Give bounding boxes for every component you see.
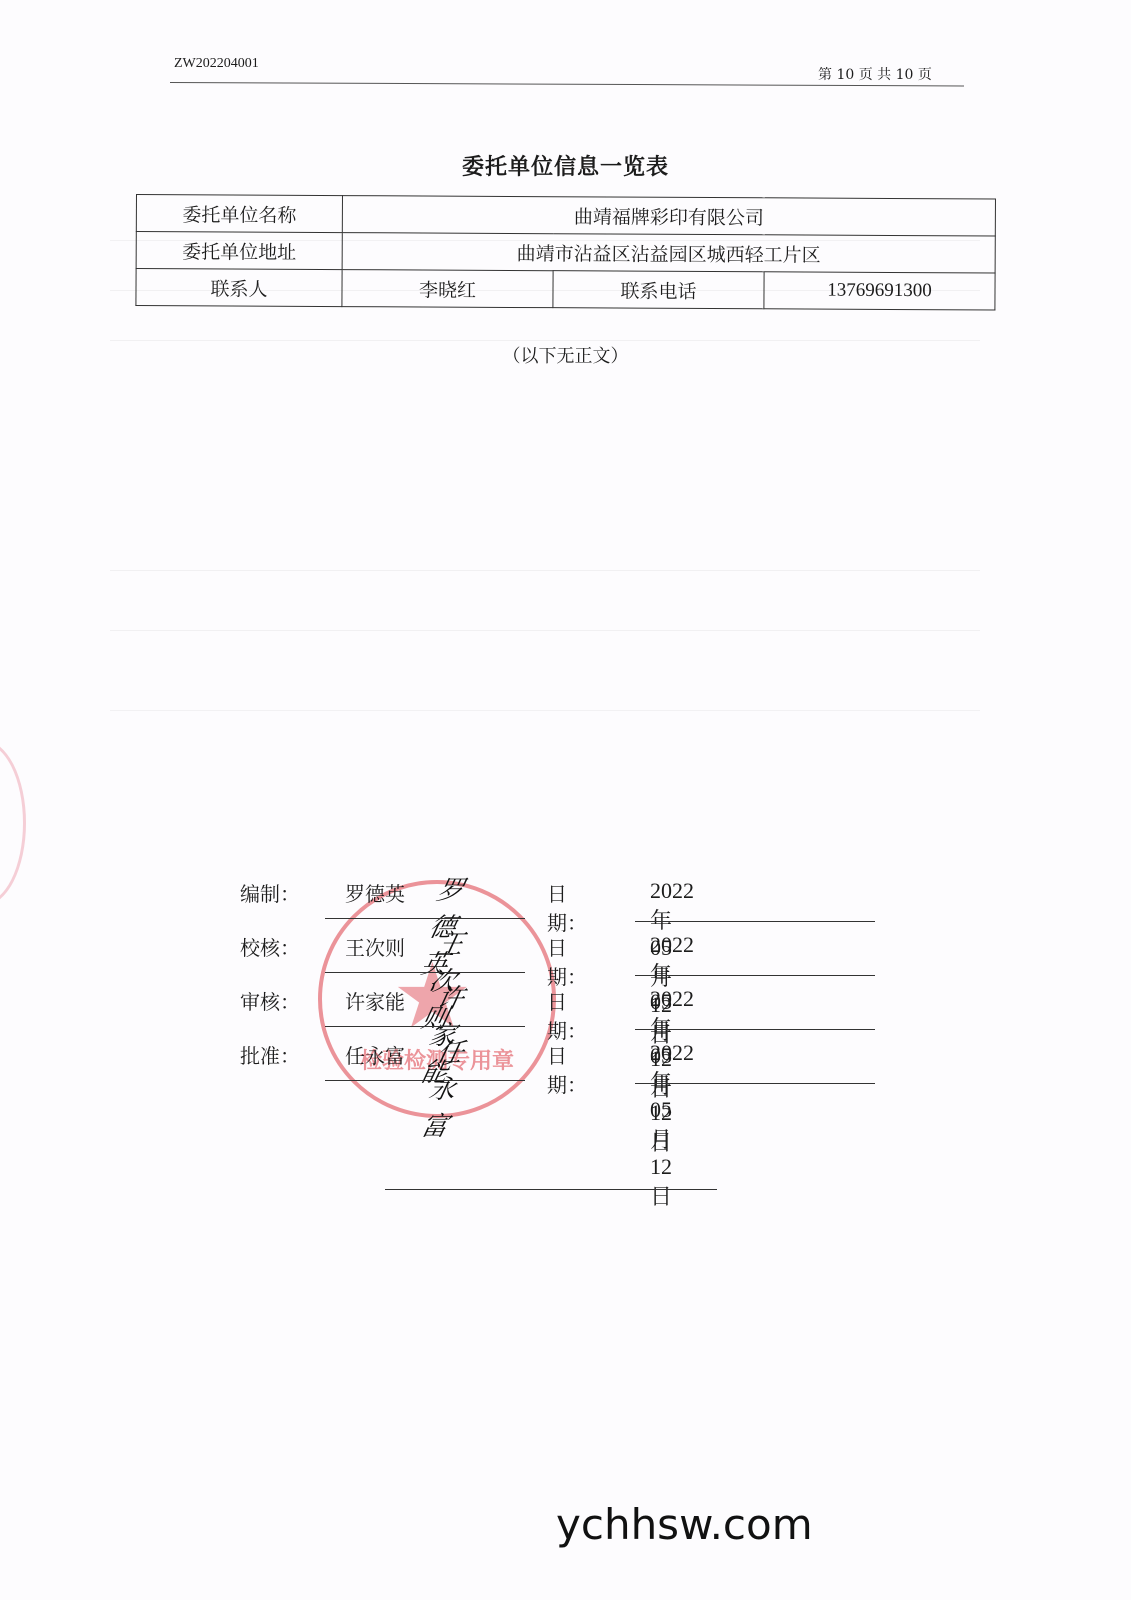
table-row: 委托单位名称 曲靖福牌彩印有限公司 [136, 195, 995, 236]
name-underline [325, 1026, 525, 1027]
date-underline [635, 921, 875, 922]
name-underline [325, 972, 525, 973]
name-underline [325, 1080, 525, 1081]
table-row: 委托单位地址 曲靖市沾益区沾益园区城西轻工片区 [136, 232, 995, 273]
end-of-content-note: （以下无正文） [0, 342, 1131, 368]
client-name-value: 曲靖福牌彩印有限公司 [342, 196, 995, 236]
watermark-text: ychhsw.com [556, 1500, 813, 1549]
report-number: ZW202204001 [174, 56, 259, 72]
date-label: 日期： [547, 1040, 587, 1098]
page-title: 委托单位信息一览表 [0, 150, 1131, 181]
role-label: 批准： [240, 1040, 320, 1069]
role-label: 编制： [240, 878, 320, 907]
contact-label: 联系人 [136, 269, 342, 307]
table-row: 联系人 李晓红 联系电话 13769691300 [136, 269, 995, 310]
client-name-label: 委托单位名称 [136, 195, 342, 233]
client-address-label: 委托单位地址 [136, 232, 342, 270]
date-value: 2022 年 05 月 12 日 [650, 1040, 694, 1211]
date-label: 日期： [547, 878, 587, 936]
date-label: 日期： [547, 986, 587, 1044]
date-underline [635, 1029, 875, 1030]
bleed-through-background [110, 230, 980, 790]
role-label: 校核： [240, 932, 320, 961]
name-underline [325, 918, 525, 919]
date-underline [635, 1083, 875, 1084]
date-label: 日期： [547, 932, 587, 990]
page-indicator: 第 10 页 共 10 页 [818, 64, 932, 84]
phone-value: 13769691300 [764, 272, 995, 310]
phone-label: 联系电话 [553, 271, 764, 309]
role-label: 审核： [240, 986, 320, 1015]
contact-value: 李晓红 [342, 270, 553, 308]
date-underline [635, 975, 875, 976]
client-address-value: 曲靖市沾益区沾益园区城西轻工片区 [342, 233, 995, 273]
client-info-table: 委托单位名称 曲靖福牌彩印有限公司 委托单位地址 曲靖市沾益区沾益园区城西轻工片… [135, 194, 996, 311]
end-rule [385, 1189, 717, 1190]
partial-seal-edge [0, 740, 26, 906]
